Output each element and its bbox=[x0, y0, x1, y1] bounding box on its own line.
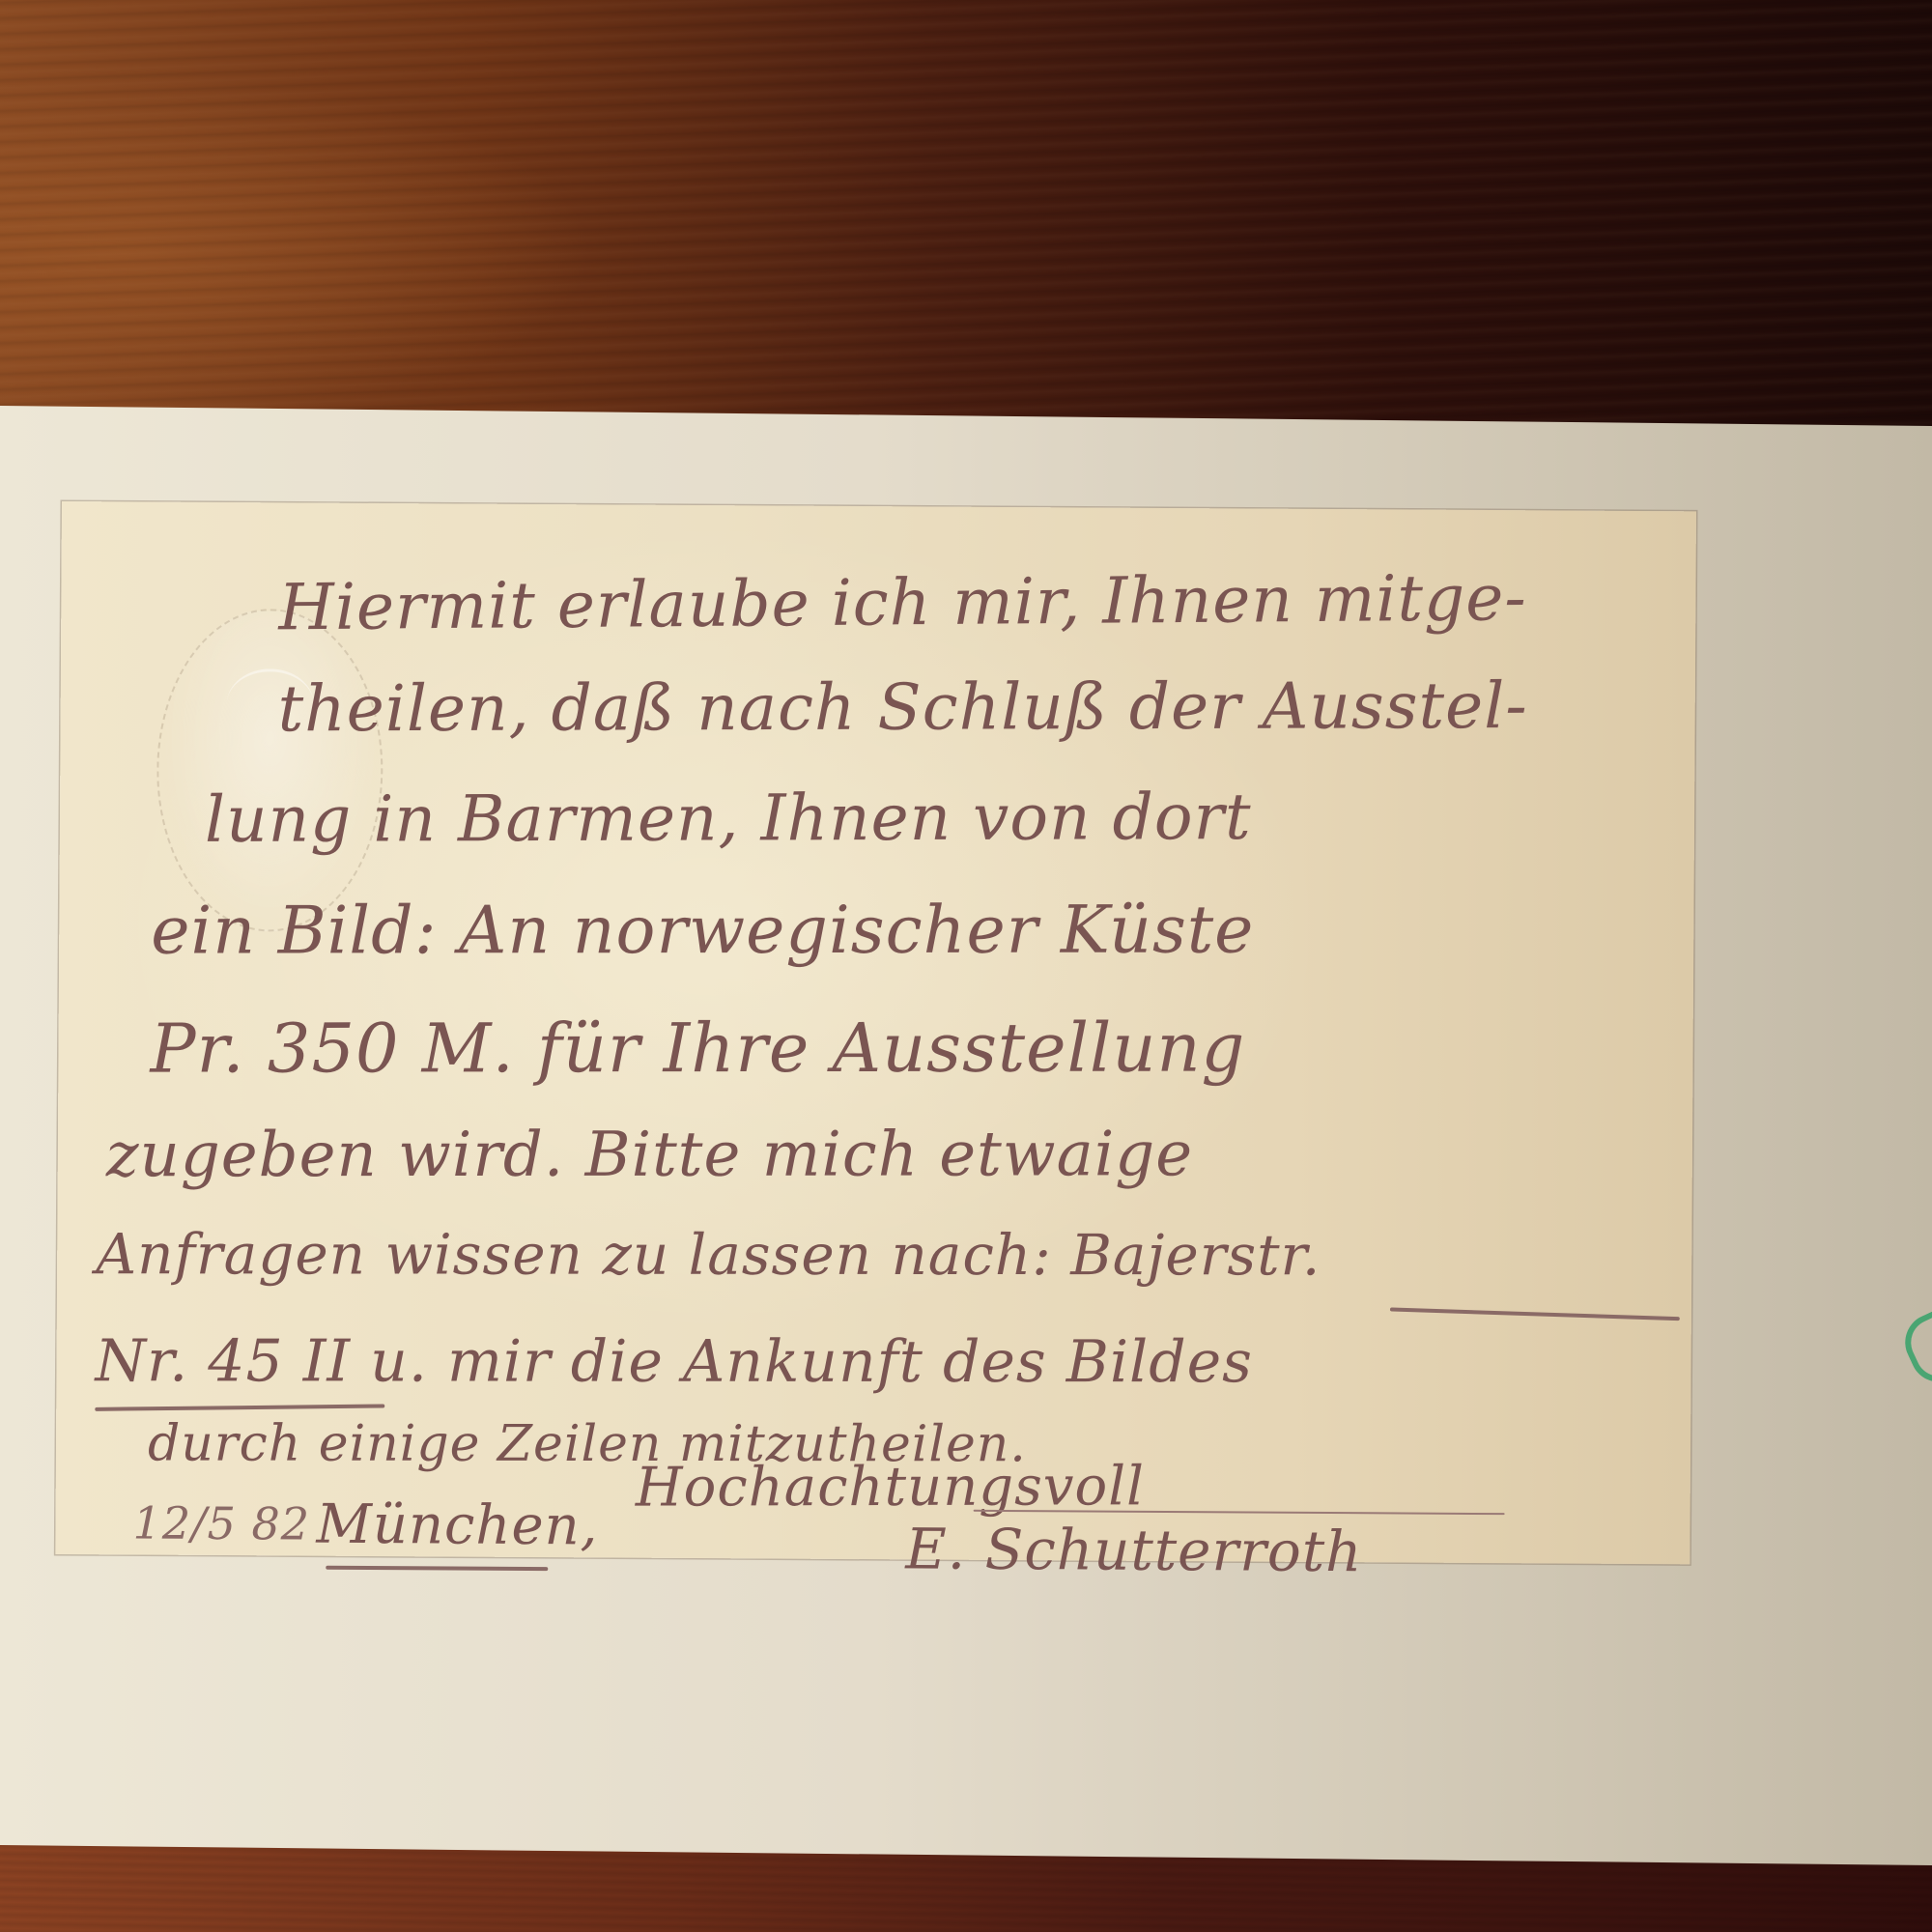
letter-line-5: Pr. 350 M. für Ihre Ausstellung bbox=[151, 1009, 1246, 1089]
letter-line-7: Anfragen wissen zu lassen nach: Bajerstr… bbox=[96, 1221, 1321, 1288]
letter-line-6: zugeben wird. Bitte mich etwaige bbox=[106, 1119, 1193, 1191]
letter-line-1: Hiermit erlaube ich mir, Ihnen mitge- bbox=[278, 560, 1527, 644]
letter-line-2: theilen, daß nach Schluß der Ausstel- bbox=[278, 668, 1528, 746]
letter-line-3: lung in Barmen, Ihnen von dort bbox=[205, 780, 1252, 857]
address-underline bbox=[1390, 1307, 1680, 1321]
letter-place: München, bbox=[316, 1493, 598, 1558]
postcard: Hiermit erlaube ich mir, Ihnen mitge- th… bbox=[55, 501, 1696, 1564]
letter-line-8: Nr. 45 II u. mir die Ankunft des Bildes bbox=[96, 1327, 1253, 1396]
letter-signature: E. Schutterroth bbox=[905, 1516, 1363, 1584]
photo-scene: Hiermit erlaube ich mir, Ihnen mitge- th… bbox=[0, 0, 1932, 1932]
letter-line-4: ein Bild: An norwegischer Küste bbox=[151, 893, 1254, 970]
house-number-underline bbox=[95, 1404, 384, 1410]
letter-date: 12/5 82 bbox=[132, 1496, 310, 1549]
embossed-seal-icon bbox=[156, 609, 384, 932]
